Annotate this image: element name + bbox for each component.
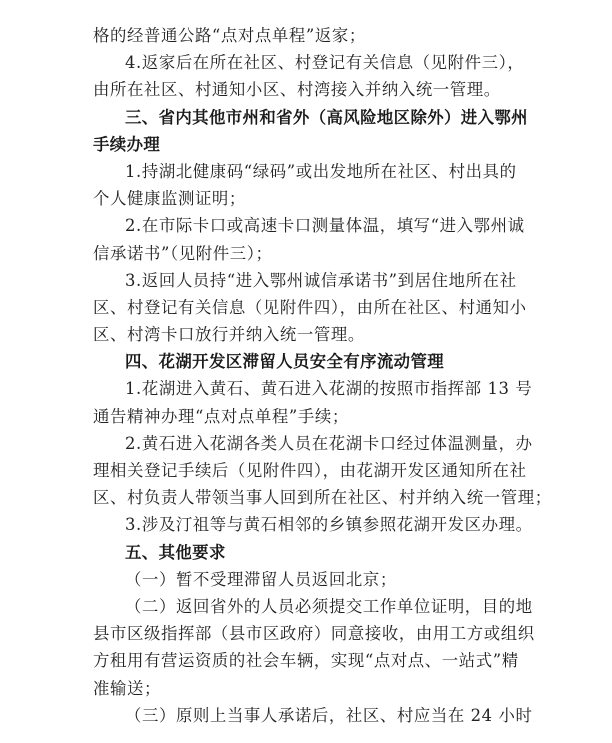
text-line: （三）原则上当事人承诺后，社区、村应当在 24 小时 (93, 702, 523, 729)
text-line: 3.涉及汀祖等与黄石相邻的乡镇参照花湖开发区办理。 (93, 511, 523, 538)
text-line: 2.在市际卡口或高速卡口测量体温，填写“进入鄂州诚 (93, 212, 523, 239)
section-heading: 手续办理 (93, 131, 523, 158)
section-heading: 四、花湖开发区滞留人员安全有序流动管理 (93, 348, 523, 375)
text-line: 4.返家后在所在社区、村登记有关信息（见附件三）， (93, 49, 523, 76)
text-line: 1.花湖进入黄石、黄石进入花湖的按照市指挥部 13 号 (93, 375, 523, 402)
text-line: 县市区级指挥部（县市区政府）同意接收，由用工方或组织 (93, 620, 523, 647)
text-line: 3.返回人员持“进入鄂州诚信承诺书”到居住地所在社 (93, 267, 523, 294)
text-line: 由所在社区、村通知小区、村湾接入并纳入统一管理。 (93, 76, 523, 103)
text-line: 通告精神办理“点对点单程”手续； (93, 403, 523, 430)
text-line: 格的经普通公路“点对点单程”返家； (93, 22, 523, 49)
text-line: 信承诺书”（见附件三）； (93, 240, 523, 267)
section-heading: 五、其他要求 (93, 539, 523, 566)
text-line: 1.持湖北健康码“绿码”或出发地所在社区、村出具的 (93, 158, 523, 185)
text-line: 个人健康监测证明； (93, 185, 523, 212)
text-line: 理相关登记手续后（见附件四），由花湖开发区通知所在社 (93, 457, 523, 484)
text-line: （二）返回省外的人员必须提交工作单位证明，目的地 (93, 593, 523, 620)
text-line: 2.黄石进入花湖各类人员在花湖卡口经过体温测量，办 (93, 430, 523, 457)
text-line: 准输送； (93, 675, 523, 702)
text-line: 方租用有营运资质的社会车辆，实现“点对点、一站式”精 (93, 647, 523, 674)
text-line: 区、村湾卡口放行并纳入统一管理。 (93, 321, 523, 348)
text-line: 区、村负责人带领当事人回到所在社区、村并纳入统一管理； (93, 484, 523, 511)
text-line: 区、村登记有关信息（见附件四），由所在社区、村通知小 (93, 294, 523, 321)
section-heading: 三、省内其他市州和省外（高风险地区除外）进入鄂州 (93, 104, 523, 131)
document-page: 格的经普通公路“点对点单程”返家； 4.返家后在所在社区、村登记有关信息（见附件… (93, 22, 523, 729)
text-line: （一）暂不受理滞留人员返回北京； (93, 566, 523, 593)
